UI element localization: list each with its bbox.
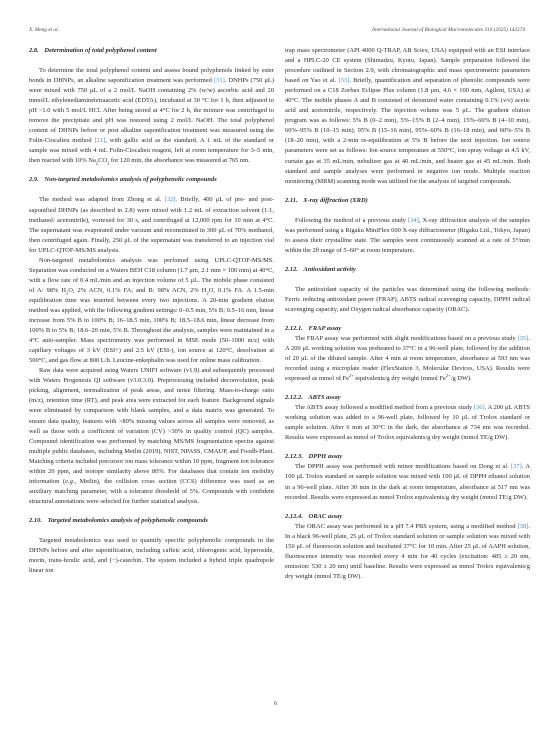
section-heading: 2.11. X-ray diffraction (XRD) (285, 196, 530, 206)
paragraph: To determine the total polyphenol conten… (29, 66, 274, 166)
header-authors: X. Meng et al. (29, 27, 59, 33)
paragraph: Non-targeted metabolomics analysis was p… (29, 256, 274, 367)
section-2-12-2: 2.12.2. ABTS assay The ABTS assay follow… (285, 393, 530, 443)
paragraph: The DPPH assay was performed with minor … (285, 462, 530, 502)
citation-link[interactable]: [38] (518, 523, 529, 530)
running-header: X. Meng et al. International Journal of … (29, 27, 525, 37)
citation-link[interactable]: [36] (474, 404, 485, 411)
section-heading: 2.8. Determination of total polyphenol c… (29, 46, 274, 56)
paragraph: Targeted metabolomics was used to quanti… (29, 536, 274, 576)
section-2-10: 2.10. Targeted metabolomics analysis of … (29, 516, 274, 576)
section-2-9: 2.9. Non-targeted metabolomics analysis … (29, 175, 274, 506)
section-heading: 2.9. Non-targeted metabolomics analysis … (29, 175, 274, 185)
citation-link[interactable]: [32] (165, 196, 176, 203)
subsection-heading: 2.12.3. DPPH assay (285, 452, 530, 462)
left-column: 2.8. Determination of total polyphenol c… (29, 46, 274, 576)
paragraph: The method was adapted from Zhong et al.… (29, 195, 274, 255)
section-2-11: 2.11. X-ray diffraction (XRD) Following … (285, 196, 530, 256)
citation-link[interactable]: [21] (95, 137, 106, 144)
section-2-12: 2.12. Antioxidant activity The antioxida… (285, 265, 530, 315)
citation-link[interactable]: [33] (338, 77, 349, 84)
header-journal-citation: International Journal of Biological Macr… (372, 27, 525, 33)
paragraph: The ORAC assay was performed in a pH 7.4… (285, 522, 530, 582)
paragraph: The ABTS assay followed a modified metho… (285, 403, 530, 443)
subsection-heading: 2.12.4. ORAC assay (285, 512, 530, 522)
section-2-12-1: 2.12.1. FRAP assay The FRAP assay was pe… (285, 324, 530, 384)
citation-link[interactable]: [35] (518, 335, 529, 342)
citation-link[interactable]: [31] (214, 77, 225, 84)
subsection-heading: 2.12.1. FRAP assay (285, 324, 530, 334)
citation-link[interactable]: [34] (408, 217, 419, 224)
paragraph: The antioxidant capacity of the particle… (285, 285, 530, 315)
right-column: trap mass spectrometer (API 4000 Q-TRAP,… (285, 46, 530, 582)
paragraph: Following the method of a previous study… (285, 216, 530, 256)
subsection-heading: 2.12.2. ABTS assay (285, 393, 530, 403)
section-2-12-3: 2.12.3. DPPH assay The DPPH assay was pe… (285, 452, 530, 502)
section-heading: 2.10. Targeted metabolomics analysis of … (29, 516, 274, 526)
paragraph: trap mass spectrometer (API 4000 Q-TRAP,… (285, 46, 530, 187)
section-2-10-continued: trap mass spectrometer (API 4000 Q-TRAP,… (285, 46, 530, 187)
section-2-8: 2.8. Determination of total polyphenol c… (29, 46, 274, 166)
page-number: 6 (274, 701, 277, 707)
citation-link[interactable]: [37] (511, 463, 522, 470)
section-2-12-4: 2.12.4. ORAC assay The ORAC assay was pe… (285, 512, 530, 582)
paragraph: Raw data were acquired using Waters UNIF… (29, 366, 274, 507)
paragraph: The FRAP assay was performed with slight… (285, 334, 530, 384)
paper-page: X. Meng et al. International Journal of … (0, 0, 554, 739)
section-heading: 2.12. Antioxidant activity (285, 265, 530, 275)
